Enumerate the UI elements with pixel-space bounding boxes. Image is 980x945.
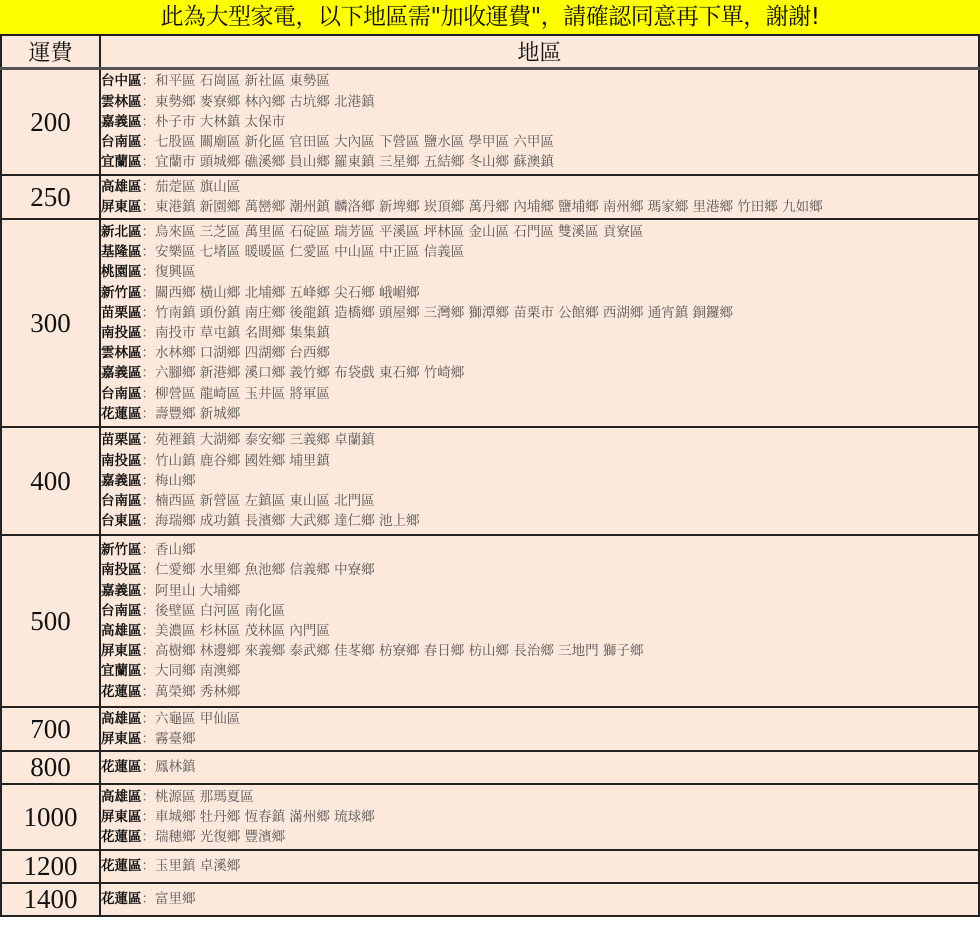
region-label: 台東區 [101, 513, 142, 529]
region-separator: ： [142, 711, 156, 727]
area-line: 高雄區：美濃區 杉林區 茂林區 內門區 [101, 621, 978, 641]
places-list: 車城鄉 牡丹鄉 恆春鎮 滿州鄉 琉球鄉 [155, 809, 375, 825]
region-separator: ： [142, 684, 156, 700]
area-line: 苗栗區：竹南鎮 頭份鎮 南庄鄉 後龍鎮 造橋鄉 頭屋鄉 三灣鄉 獅潭鄉 苗栗市 … [101, 303, 978, 323]
region-separator: ： [142, 623, 156, 639]
area-line: 台南區：後壁區 白河區 南化區 [101, 601, 978, 621]
region-label: 宜蘭區 [101, 154, 142, 170]
areas-cell: 高雄區：桃源區 那瑪夏區屏東區：車城鄉 牡丹鄉 恆春鎮 滿州鄉 琉球鄉花蓮區：瑞… [100, 784, 979, 850]
region-separator: ： [142, 603, 156, 619]
header-fee: 運費 [1, 35, 100, 69]
area-line: 台南區：七股區 關廟區 新化區 官田區 大內區 下營區 鹽水區 學甲區 六甲區 [101, 132, 978, 152]
region-separator: ： [142, 789, 156, 805]
region-separator: ： [142, 493, 156, 509]
region-label: 桃園區 [101, 264, 142, 280]
areas-cell: 新竹區：香山鄉南投區：仁愛鄉 水里鄉 魚池鄉 信義鄉 中寮鄉嘉義區：阿里山 大埔… [100, 535, 979, 707]
region-label: 新北區 [101, 224, 142, 240]
areas-cell: 台中區：和平區 石崗區 新社區 東勢區雲林區：東勢鄉 麥寮鄉 林內鄉 古坑鄉 北… [100, 69, 979, 176]
area-line: 花蓮區：富里鄉 [101, 889, 978, 909]
region-separator: ： [142, 114, 156, 130]
region-label: 基隆區 [101, 244, 142, 260]
places-list: 安樂區 七堵區 暖暖區 仁愛區 中山區 中正區 信義區 [155, 244, 464, 260]
region-label: 台南區 [101, 493, 142, 509]
places-list: 復興區 [155, 264, 196, 280]
area-line: 屏東區：高樹鄉 林邊鄉 來義鄉 泰武鄉 佳苳鄉 枋寮鄉 春日鄉 枋山鄉 長治鄉 … [101, 641, 978, 661]
area-line: 南投區：竹山鎮 鹿谷鄉 國姓鄉 埔里鎮 [101, 451, 978, 471]
fee-cell: 700 [1, 707, 100, 751]
places-list: 高樹鄉 林邊鄉 來義鄉 泰武鄉 佳苳鄉 枋寮鄉 春日鄉 枋山鄉 長治鄉 三地門 … [155, 643, 643, 659]
region-separator: ： [142, 643, 156, 659]
places-list: 竹南鎮 頭份鎮 南庄鄉 後龍鎮 造橋鄉 頭屋鄉 三灣鄉 獅潭鄉 苗栗市 公館鄉 … [155, 305, 733, 321]
table-row: 800 花蓮區：鳳林鎮 [1, 751, 979, 784]
region-separator: ： [142, 224, 156, 240]
fee-cell: 250 [1, 175, 100, 219]
area-line: 台南區：楠西區 新營區 左鎮區 東山區 北門區 [101, 491, 978, 511]
area-line: 高雄區：六龜區 甲仙區 [101, 709, 978, 729]
areas-cell: 高雄區：茄萣區 旗山區屏東區：東港鎮 新園鄉 萬巒鄉 潮州鎮 麟洛鄉 新埤鄉 崁… [100, 175, 979, 219]
fee-cell: 1000 [1, 784, 100, 850]
places-list: 竹山鎮 鹿谷鄉 國姓鄉 埔里鎮 [155, 453, 330, 469]
places-list: 鳳林鎮 [155, 759, 196, 775]
places-list: 梅山鄉 [155, 473, 196, 489]
region-separator: ： [142, 94, 156, 110]
region-separator: ： [142, 891, 156, 907]
table-row: 1000 高雄區：桃源區 那瑪夏區屏東區：車城鄉 牡丹鄉 恆春鎮 滿州鄉 琉球鄉… [1, 784, 979, 850]
region-separator: ： [142, 244, 156, 260]
places-list: 南投市 草屯鎮 名間鄉 集集鎮 [155, 325, 330, 341]
table-row: 500 新竹區：香山鄉南投區：仁愛鄉 水里鄉 魚池鄉 信義鄉 中寮鄉嘉義區：阿里… [1, 535, 979, 707]
region-label: 南投區 [101, 325, 142, 341]
region-label: 花蓮區 [101, 684, 142, 700]
fee-cell: 1400 [1, 883, 100, 916]
region-separator: ： [142, 562, 156, 578]
area-line: 新北區：烏來區 三芝區 萬里區 石碇區 瑞芳區 平溪區 坪林區 金山區 石門區 … [101, 222, 978, 242]
area-line: 雲林區：東勢鄉 麥寮鄉 林內鄉 古坑鄉 北港鎮 [101, 92, 978, 112]
area-line: 桃園區：復興區 [101, 262, 978, 282]
header-areas: 地區 [100, 35, 979, 69]
places-list: 大同鄉 南澳鄉 [155, 663, 240, 679]
region-label: 嘉義區 [101, 473, 142, 489]
region-label: 高雄區 [101, 179, 142, 195]
region-separator: ： [142, 325, 156, 341]
region-label: 高雄區 [101, 623, 142, 639]
area-line: 屏東區：霧臺鄉 [101, 729, 978, 749]
region-label: 台中區 [101, 73, 142, 89]
region-label: 花蓮區 [101, 406, 142, 422]
region-label: 花蓮區 [101, 858, 142, 874]
areas-cell: 花蓮區：玉里鎮 卓溪鄉 [100, 850, 979, 883]
areas-cell: 新北區：烏來區 三芝區 萬里區 石碇區 瑞芳區 平溪區 坪林區 金山區 石門區 … [100, 219, 979, 427]
area-line: 嘉義區：梅山鄉 [101, 471, 978, 491]
region-label: 雲林區 [101, 345, 142, 361]
table-row: 400 苗栗區：苑裡鎮 大湖鄉 泰安鄉 三義鄉 卓蘭鎮南投區：竹山鎮 鹿谷鄉 國… [1, 427, 979, 535]
places-list: 楠西區 新營區 左鎮區 東山區 北門區 [155, 493, 375, 509]
area-line: 屏東區：車城鄉 牡丹鄉 恆春鎮 滿州鄉 琉球鄉 [101, 807, 978, 827]
table-row: 250 高雄區：茄萣區 旗山區屏東區：東港鎮 新園鄉 萬巒鄉 潮州鎮 麟洛鄉 新… [1, 175, 979, 219]
region-separator: ： [142, 365, 156, 381]
region-separator: ： [142, 154, 156, 170]
region-separator: ： [142, 513, 156, 529]
region-separator: ： [142, 264, 156, 280]
region-separator: ： [142, 759, 156, 775]
area-line: 花蓮區：壽豐鄉 新城鄉 [101, 404, 978, 424]
region-label: 屏東區 [101, 731, 142, 747]
fee-cell: 300 [1, 219, 100, 427]
region-label: 花蓮區 [101, 829, 142, 845]
area-line: 台中區：和平區 石崗區 新社區 東勢區 [101, 71, 978, 91]
area-line: 嘉義區：朴子市 大林鎮 太保市 [101, 112, 978, 132]
table-row: 1400 花蓮區：富里鄉 [1, 883, 979, 916]
region-label: 屏東區 [101, 643, 142, 659]
places-list: 阿里山 大埔鄉 [155, 583, 240, 599]
area-line: 屏東區：東港鎮 新園鄉 萬巒鄉 潮州鎮 麟洛鄉 新埤鄉 崁頂鄉 萬丹鄉 內埔鄉 … [101, 197, 978, 217]
area-line: 嘉義區：阿里山 大埔鄉 [101, 581, 978, 601]
areas-cell: 花蓮區：鳳林鎮 [100, 751, 979, 784]
region-label: 台南區 [101, 603, 142, 619]
area-line: 宜蘭區：大同鄉 南澳鄉 [101, 661, 978, 681]
area-line: 宜蘭區：宜蘭市 頭城鄉 礁溪鄉 員山鄉 羅東鎮 三星鄉 五結鄉 冬山鄉 蘇澳鎮 [101, 152, 978, 172]
fee-cell: 500 [1, 535, 100, 707]
places-list: 仁愛鄉 水里鄉 魚池鄉 信義鄉 中寮鄉 [155, 562, 375, 578]
region-label: 花蓮區 [101, 891, 142, 907]
places-list: 瑞穗鄉 光復鄉 豐濱鄉 [155, 829, 285, 845]
places-list: 茄萣區 旗山區 [155, 179, 240, 195]
region-separator: ： [142, 345, 156, 361]
area-line: 花蓮區：萬榮鄉 秀林鄉 [101, 682, 978, 702]
places-list: 宜蘭市 頭城鄉 礁溪鄉 員山鄉 羅東鎮 三星鄉 五結鄉 冬山鄉 蘇澳鎮 [155, 154, 554, 170]
places-list: 壽豐鄉 新城鄉 [155, 406, 240, 422]
region-separator: ： [142, 731, 156, 747]
region-label: 南投區 [101, 453, 142, 469]
places-list: 萬榮鄉 秀林鄉 [155, 684, 240, 700]
fee-cell: 200 [1, 69, 100, 176]
region-label: 台南區 [101, 386, 142, 402]
places-list: 苑裡鎮 大湖鄉 泰安鄉 三義鄉 卓蘭鎮 [155, 432, 375, 448]
places-list: 美濃區 杉林區 茂林區 內門區 [155, 623, 330, 639]
shipping-fee-table: 運費 地區 200 台中區：和平區 石崗區 新社區 東勢區雲林區：東勢鄉 麥寮鄉… [0, 34, 980, 917]
region-separator: ： [142, 583, 156, 599]
region-separator: ： [142, 305, 156, 321]
region-label: 雲林區 [101, 94, 142, 110]
region-label: 南投區 [101, 562, 142, 578]
region-separator: ： [142, 663, 156, 679]
area-line: 苗栗區：苑裡鎮 大湖鄉 泰安鄉 三義鄉 卓蘭鎮 [101, 430, 978, 450]
region-label: 嘉義區 [101, 583, 142, 599]
region-label: 苗栗區 [101, 432, 142, 448]
areas-cell: 高雄區：六龜區 甲仙區屏東區：霧臺鄉 [100, 707, 979, 751]
places-list: 東港鎮 新園鄉 萬巒鄉 潮州鎮 麟洛鄉 新埤鄉 崁頂鄉 萬丹鄉 內埔鄉 鹽埔鄉 … [155, 199, 823, 215]
region-label: 新竹區 [101, 285, 142, 301]
places-list: 六龜區 甲仙區 [155, 711, 240, 727]
region-label: 嘉義區 [101, 365, 142, 381]
region-label: 花蓮區 [101, 759, 142, 775]
places-list: 烏來區 三芝區 萬里區 石碇區 瑞芳區 平溪區 坪林區 金山區 石門區 雙溪區 … [155, 224, 643, 240]
table-row: 700 高雄區：六龜區 甲仙區屏東區：霧臺鄉 [1, 707, 979, 751]
region-label: 新竹區 [101, 542, 142, 558]
table-header-row: 運費 地區 [1, 35, 979, 69]
notice-banner: 此為大型家電，以下地區需"加收運費"，請確認同意再下單，謝謝! [0, 0, 980, 34]
area-line: 高雄區：茄萣區 旗山區 [101, 177, 978, 197]
region-label: 高雄區 [101, 711, 142, 727]
region-label: 屏東區 [101, 199, 142, 215]
area-line: 新竹區：香山鄉 [101, 540, 978, 560]
area-line: 台東區：海瑞鄉 成功鎮 長濱鄉 大武鄉 達仁鄉 池上鄉 [101, 511, 978, 531]
region-label: 屏東區 [101, 809, 142, 825]
region-separator: ： [142, 432, 156, 448]
places-list: 柳營區 龍崎區 玉井區 將軍區 [155, 386, 330, 402]
table-row: 1200 花蓮區：玉里鎮 卓溪鄉 [1, 850, 979, 883]
fee-cell: 800 [1, 751, 100, 784]
region-separator: ： [142, 858, 156, 874]
area-line: 台南區：柳營區 龍崎區 玉井區 將軍區 [101, 384, 978, 404]
area-line: 花蓮區：瑞穗鄉 光復鄉 豐濱鄉 [101, 827, 978, 847]
region-separator: ： [142, 285, 156, 301]
places-list: 七股區 關廟區 新化區 官田區 大內區 下營區 鹽水區 學甲區 六甲區 [155, 134, 554, 150]
region-separator: ： [142, 406, 156, 422]
places-list: 後壁區 白河區 南化區 [155, 603, 285, 619]
region-label: 高雄區 [101, 789, 142, 805]
region-separator: ： [142, 809, 156, 825]
fee-cell: 400 [1, 427, 100, 535]
places-list: 霧臺鄉 [155, 731, 196, 747]
table-row: 200 台中區：和平區 石崗區 新社區 東勢區雲林區：東勢鄉 麥寮鄉 林內鄉 古… [1, 69, 979, 176]
area-line: 花蓮區：玉里鎮 卓溪鄉 [101, 856, 978, 876]
places-list: 朴子市 大林鎮 太保市 [155, 114, 285, 130]
region-separator: ： [142, 73, 156, 89]
region-label: 嘉義區 [101, 114, 142, 130]
places-list: 水林鄉 口湖鄉 四湖鄉 台西鄉 [155, 345, 330, 361]
region-label: 宜蘭區 [101, 663, 142, 679]
table-row: 300 新北區：烏來區 三芝區 萬里區 石碇區 瑞芳區 平溪區 坪林區 金山區 … [1, 219, 979, 427]
area-line: 新竹區：關西鄉 橫山鄉 北埔鄉 五峰鄉 尖石鄉 峨嵋鄉 [101, 283, 978, 303]
area-line: 南投區：南投市 草屯鎮 名間鄉 集集鎮 [101, 323, 978, 343]
region-separator: ： [142, 386, 156, 402]
places-list: 海瑞鄉 成功鎮 長濱鄉 大武鄉 達仁鄉 池上鄉 [155, 513, 419, 529]
region-separator: ： [142, 473, 156, 489]
area-line: 基隆區：安樂區 七堵區 暖暖區 仁愛區 中山區 中正區 信義區 [101, 242, 978, 262]
places-list: 六腳鄉 新港鄉 溪口鄉 義竹鄉 布袋戲 東石鄉 竹崎鄉 [155, 365, 464, 381]
region-separator: ： [142, 829, 156, 845]
places-list: 富里鄉 [155, 891, 196, 907]
places-list: 玉里鎮 卓溪鄉 [155, 858, 240, 874]
area-line: 嘉義區：六腳鄉 新港鄉 溪口鄉 義竹鄉 布袋戲 東石鄉 竹崎鄉 [101, 363, 978, 383]
areas-cell: 苗栗區：苑裡鎮 大湖鄉 泰安鄉 三義鄉 卓蘭鎮南投區：竹山鎮 鹿谷鄉 國姓鄉 埔… [100, 427, 979, 535]
area-line: 高雄區：桃源區 那瑪夏區 [101, 787, 978, 807]
region-separator: ： [142, 199, 156, 215]
region-separator: ： [142, 453, 156, 469]
places-list: 東勢鄉 麥寮鄉 林內鄉 古坑鄉 北港鎮 [155, 94, 375, 110]
area-line: 花蓮區：鳳林鎮 [101, 757, 978, 777]
places-list: 和平區 石崗區 新社區 東勢區 [155, 73, 330, 89]
region-separator: ： [142, 542, 156, 558]
area-line: 南投區：仁愛鄉 水里鄉 魚池鄉 信義鄉 中寮鄉 [101, 560, 978, 580]
places-list: 關西鄉 橫山鄉 北埔鄉 五峰鄉 尖石鄉 峨嵋鄉 [155, 285, 419, 301]
area-line: 雲林區：水林鄉 口湖鄉 四湖鄉 台西鄉 [101, 343, 978, 363]
places-list: 桃源區 那瑪夏區 [155, 789, 254, 805]
table-body: 200 台中區：和平區 石崗區 新社區 東勢區雲林區：東勢鄉 麥寮鄉 林內鄉 古… [1, 69, 979, 917]
region-separator: ： [142, 179, 156, 195]
places-list: 香山鄉 [155, 542, 196, 558]
region-separator: ： [142, 134, 156, 150]
fee-cell: 1200 [1, 850, 100, 883]
region-label: 台南區 [101, 134, 142, 150]
region-label: 苗栗區 [101, 305, 142, 321]
areas-cell: 花蓮區：富里鄉 [100, 883, 979, 916]
